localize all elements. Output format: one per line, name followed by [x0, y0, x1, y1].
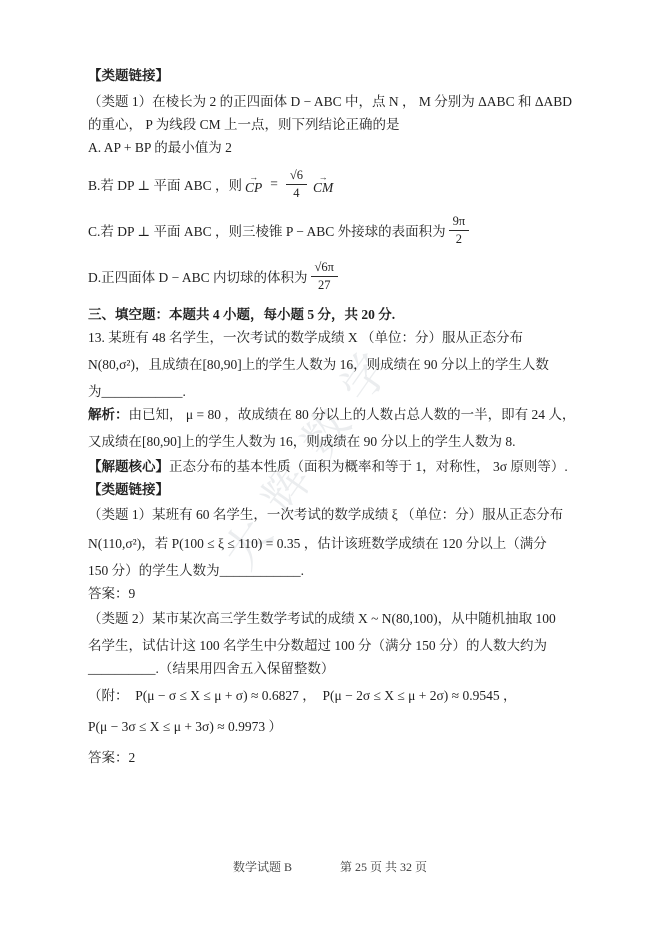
fraction-sqrt6-over-4: √6 4 — [286, 168, 307, 200]
option-b-text: B.若 DP ⊥ 平面 ABC ，则 — [88, 174, 242, 194]
question-13-line: N(80,σ²)，且成绩在[80,90]上的学生人数为 16，则成绩在 90 分… — [88, 353, 584, 376]
appendix-line: P(μ − 3σ ≤ X ≤ μ + 3σ) ≈ 0.9973 ） — [88, 715, 584, 738]
appendix-line: （附： P(μ − σ ≤ X ≤ μ + σ) ≈ 0.6827 ， P(μ … — [88, 684, 584, 707]
vector-cp: → CP — [245, 173, 262, 195]
variant-1-line: （类题 1）某班有 60 名学生，一次考试的数学成绩 ξ （单位：分）服从正态分… — [88, 503, 584, 526]
core-idea-label: 【解题核心】 — [88, 459, 169, 474]
fraction-denominator: 27 — [318, 277, 331, 292]
question-13-line: 13. 某班有 48 名学生，一次考试的数学成绩 X （单位：分）服从正态分布 — [88, 326, 584, 349]
option-c: C.若 DP ⊥ 平面 ABC ，则三棱锥 P − ABC 外接球的表面积为 9… — [88, 207, 584, 253]
question-line: （类题 1）在棱长为 2 的正四面体 D − ABC 中，点 N ， M 分别为… — [88, 90, 584, 113]
linked-topics-header: 【类题链接】 — [88, 478, 584, 501]
option-d: D.正四面体 D − ABC 内切球的体积为 √6π 27 — [88, 253, 584, 299]
variant-1-line: N(110,σ²)，若 P(100 ≤ ξ ≤ 110) = 0.35 ，估计该… — [88, 532, 584, 555]
variant-2-answer: 答案：2 — [88, 746, 584, 769]
option-c-text: C.若 DP ⊥ 平面 ABC ，则三棱锥 P − ABC 外接球的表面积为 — [88, 220, 446, 240]
fraction-numerator: 9π — [449, 214, 470, 230]
variant-1-blank-line: 150 分）的学生人数为____________. — [88, 559, 584, 582]
analysis-text: 由已知， μ = 80 ，故成绩在 80 分以上的人数占总人数的一半，即有 24… — [129, 407, 576, 422]
question-line: 的重心， P 为线段 CM 上一点，则下列结论正确的是 — [88, 113, 584, 136]
fraction-denominator: 2 — [456, 231, 462, 246]
analysis-label: 解析： — [88, 407, 129, 422]
option-d-text: D.正四面体 D − ABC 内切球的体积为 — [88, 266, 308, 286]
option-a: A. AP + BP 的最小值为 2 — [88, 136, 584, 159]
core-idea-line: 【解题核心】正态分布的基本性质（面积为概率和等于 1，对称性， 3σ 原则等）. — [88, 455, 584, 478]
document-page: 大辉数学 【类题链接】 （类题 1）在棱长为 2 的正四面体 D − ABC 中… — [0, 0, 660, 933]
footer-page-number: 第 25 页 共 32 页 — [340, 858, 427, 875]
variant-2-line: （类题 2）某市某次高三学生数学考试的成绩 X ~ N(80,100)，从中随机… — [88, 607, 584, 630]
vector-cm-label: CM — [313, 181, 333, 195]
footer-book-title: 数学试题 B — [233, 858, 292, 875]
vector-cm: → CM — [313, 173, 333, 195]
fraction-9pi-over-2: 9π 2 — [449, 214, 470, 246]
fraction-numerator: √6π — [311, 260, 338, 276]
page-footer: 数学试题 B 第 25 页 共 32 页 — [0, 858, 660, 875]
equals-sign: = — [270, 176, 278, 192]
fraction-numerator: √6 — [286, 168, 307, 184]
option-b: B.若 DP ⊥ 平面 ABC ，则 → CP = √6 4 → CM — [88, 161, 584, 207]
linked-topics-header: 【类题链接】 — [88, 64, 584, 87]
question-13-blank-line: 为____________. — [88, 380, 584, 403]
analysis-line: 解析：由已知， μ = 80 ，故成绩在 80 分以上的人数占总人数的一半，即有… — [88, 403, 584, 426]
fraction-denominator: 4 — [293, 185, 299, 200]
document-body: 【类题链接】 （类题 1）在棱长为 2 的正四面体 D − ABC 中，点 N … — [88, 64, 584, 769]
core-idea-text: 正态分布的基本性质（面积为概率和等于 1，对称性， 3σ 原则等）. — [169, 459, 568, 474]
vector-cp-label: CP — [245, 181, 262, 195]
variant-2-line: 名学生，试估计这 100 名学生中分数超过 100 分（满分 150 分）的人数… — [88, 634, 584, 657]
analysis-line: 又成绩在[80,90]上的学生人数为 16，则成绩在 90 分以上的学生人数为 … — [88, 430, 584, 453]
variant-2-blank-line: __________.（结果用四舍五入保留整数） — [88, 657, 584, 680]
variant-1-answer: 答案：9 — [88, 582, 584, 605]
section-header: 三、填空题：本题共 4 小题，每小题 5 分，共 20 分. — [88, 303, 584, 326]
fraction-sqrt6pi-over-27: √6π 27 — [311, 260, 338, 292]
